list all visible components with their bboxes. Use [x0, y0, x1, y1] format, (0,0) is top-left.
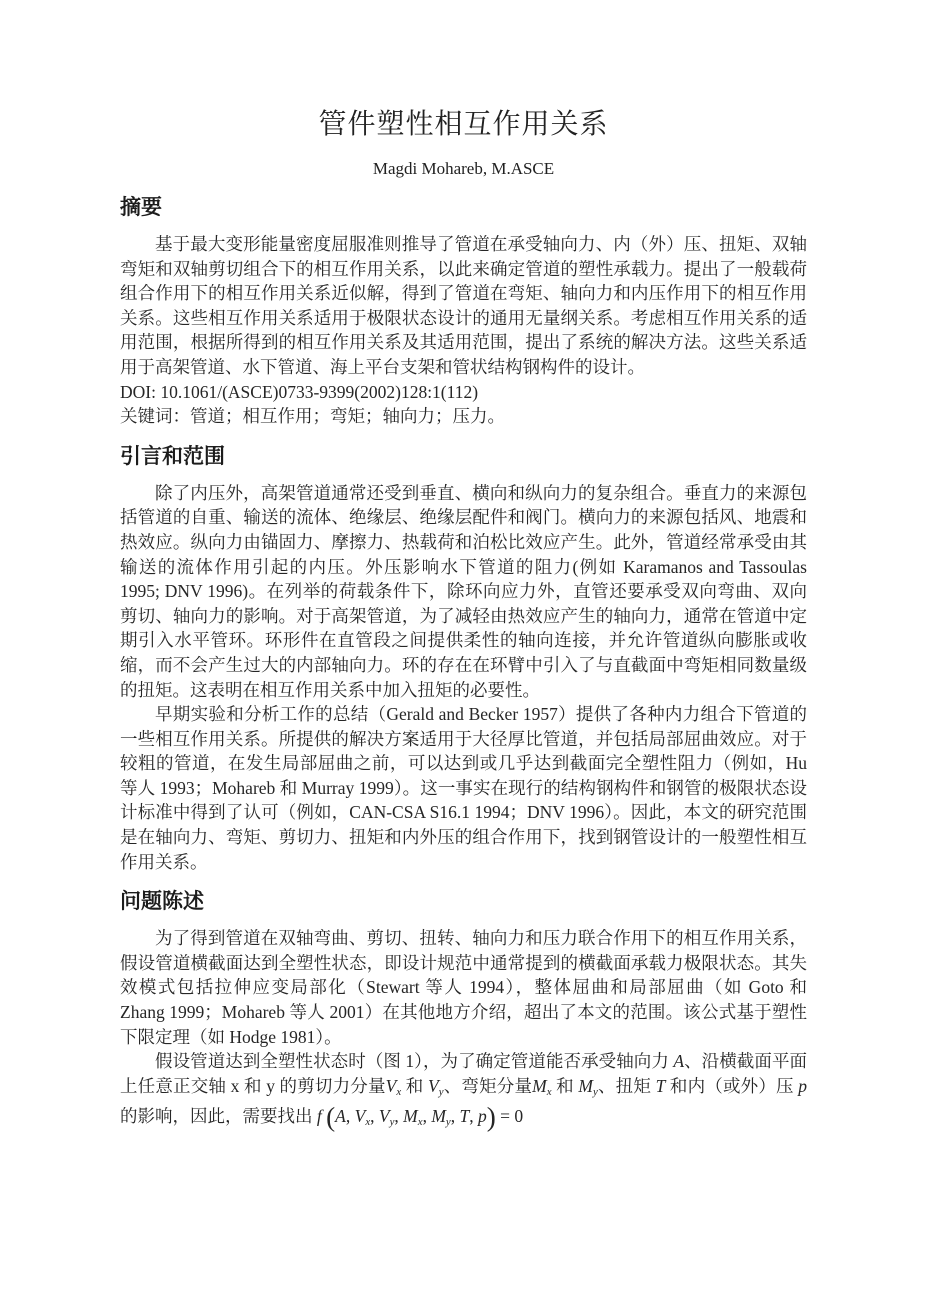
text-run: 假设管道达到全塑性状态时（图 1），为了确定管道能否承受轴向力 [155, 1051, 673, 1071]
problem-paragraph-1: 为了得到管道在双轴弯曲、剪切、扭转、轴向力和压力联合作用下的相互作用关系，假设管… [120, 926, 807, 1049]
text-run: , [469, 1107, 478, 1127]
text-run: M [431, 1107, 446, 1127]
text-run: ( [326, 1102, 335, 1132]
section-heading-problem-statement: 问题陈述 [120, 888, 807, 916]
text-run: M [532, 1076, 547, 1096]
text-run: A [673, 1051, 684, 1071]
text-run: 和 [552, 1076, 579, 1096]
text-run: 、扭矩 [598, 1076, 656, 1096]
problem-paragraph-formula: 假设管道达到全塑性状态时（图 1），为了确定管道能否承受轴向力 A、沿横截面平面… [120, 1049, 807, 1135]
text-run: M [578, 1076, 593, 1096]
text-run: A [335, 1107, 346, 1127]
text-run: V [379, 1107, 390, 1127]
text-run: 的影响，因此，需要找出 [120, 1107, 317, 1127]
text-run: M [403, 1107, 418, 1127]
abstract-paragraph: 基于最大变形能量密度屈服准则推导了管道在承受轴向力、内（外）压、扭矩、双轴弯矩和… [120, 232, 807, 380]
text-run: 和 [401, 1076, 428, 1096]
text-run: V [386, 1076, 397, 1096]
text-run: 、弯矩分量 [444, 1076, 533, 1096]
introduction-paragraph-2: 早期实验和分析工作的总结（Gerald and Becker 1957）提供了各… [120, 702, 807, 874]
text-run: = 0 [496, 1107, 523, 1127]
section-heading-abstract: 摘要 [120, 194, 807, 222]
introduction-paragraph-1: 除了内压外，高架管道通常还受到垂直、横向和纵向力的复杂组合。垂直力的来源包括管道… [120, 481, 807, 702]
text-run: T [656, 1076, 666, 1096]
text-run: , [370, 1107, 379, 1127]
text-run: p [478, 1107, 487, 1127]
section-heading-introduction: 引言和范围 [120, 443, 807, 471]
text-run: V [428, 1076, 439, 1096]
paper-title: 管件塑性相互作用关系 [120, 108, 807, 142]
keywords-line: 关键词：管道；相互作用；弯矩；轴向力；压力。 [120, 404, 807, 429]
text-run: , [346, 1107, 355, 1127]
text-run: p [798, 1076, 807, 1096]
text-run: 和内（或外）压 [665, 1076, 798, 1096]
text-run: T [459, 1107, 469, 1127]
document-page: 管件塑性相互作用关系 Magdi Mohareb, M.ASCE 摘要 基于最大… [0, 0, 926, 1309]
text-run: ) [487, 1102, 496, 1132]
text-run: V [355, 1107, 366, 1127]
doi-line: DOI: 10.1061/(ASCE)0733-9399(2002)128:1(… [120, 380, 807, 405]
author-line: Magdi Mohareb, M.ASCE [120, 158, 807, 180]
text-run: , [394, 1107, 403, 1127]
